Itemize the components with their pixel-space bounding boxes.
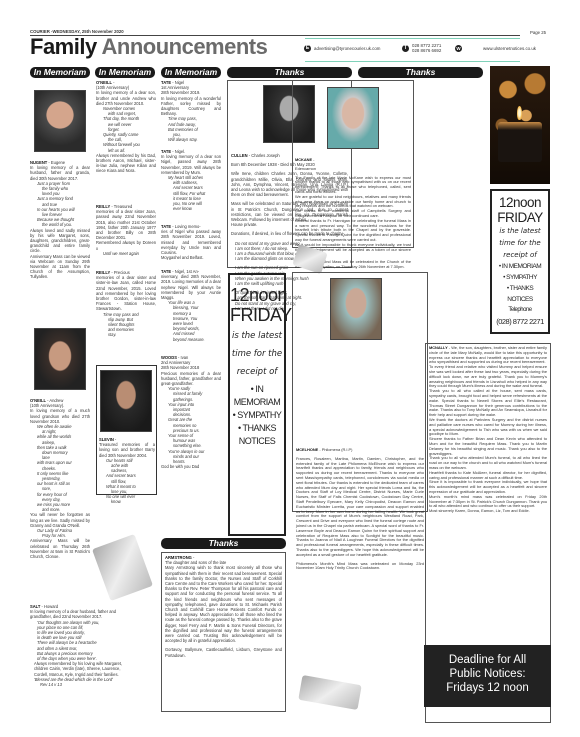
deadline-box-right: 12noon FRIDAY is the latest time for the… xyxy=(490,189,550,334)
notice-oneill-10th: O'NEILL - (10th Anniversary) In loving m… xyxy=(96,80,156,174)
notice-tate-2: TATE - Nigel. In loving memory of a dear… xyxy=(161,149,221,211)
email-icon: E xyxy=(304,45,311,52)
accent-rule-top xyxy=(305,38,520,39)
notice-mcelhone: MCELHONE - Philomena (R.I.P) Frances, Ro… xyxy=(296,448,424,571)
candle-flame-icon xyxy=(517,106,522,120)
phone-2: 028 8676 6692 xyxy=(412,48,441,53)
notice-slevin: SLEVIN - Treasured memories of a loving … xyxy=(99,437,155,505)
candle-body xyxy=(498,122,542,162)
deadline-banner-line-2: Public Notices: xyxy=(424,667,551,681)
bible-illustration-3 xyxy=(298,675,361,710)
notice-tate-1: TATE - Nigel 1st Anniversary 28th Novemb… xyxy=(161,80,221,142)
title-family: Family xyxy=(30,34,97,59)
title-announcements: Announcements xyxy=(102,34,268,59)
accent-rule-bottom xyxy=(305,61,520,62)
notice-nugent: NUGENT - Eugene In loving memory of a de… xyxy=(30,160,90,280)
candle-photo xyxy=(490,66,550,184)
notice-tate-3: TATE - Loving memo- ries of Nigel who pa… xyxy=(161,224,221,260)
section-header-in-memoriam-2: In Memoriam xyxy=(95,67,155,78)
web-contact[interactable]: W www.ulsternetnotices.co.uk xyxy=(455,45,536,52)
email-contact[interactable]: E advertising@tyronecourier.uk.com xyxy=(304,45,380,52)
notice-reilly-1: REILLY - Treasured memories of a dear si… xyxy=(96,204,156,256)
phone-icon: T xyxy=(402,45,409,52)
deadline-banner: Deadline for All Public Notices: Fridays… xyxy=(424,645,551,707)
section-header-thanks-2: Thanks xyxy=(358,67,483,78)
deadline-box-middle: 12noon FRIDAY is the latest time for the… xyxy=(228,273,286,536)
notice-oneill-andrew: O'NEILL - Andrew (10th Anniversary). In … xyxy=(30,398,90,559)
notice-mcnally: MCNALLY - We, the son, daughters, brothe… xyxy=(429,346,547,514)
photo-mcelhone xyxy=(330,278,382,340)
notice-armstrong: ARMSTRONG - The daughter and sons of the… xyxy=(165,555,282,658)
bible-illustration xyxy=(92,534,153,601)
section-header-thanks-1: Thanks xyxy=(227,67,352,78)
photo-oneill-andrew xyxy=(34,328,86,390)
notice-tate-4: TATE - Nigel, 1st An- niversary, died 28… xyxy=(161,269,221,342)
phone-contact: T 028 8772 2271 028 8676 6692 xyxy=(402,43,441,53)
photo-mckane xyxy=(327,87,379,149)
page-number: Page 25 xyxy=(530,30,546,35)
web-icon: W xyxy=(455,45,462,52)
photo-slevin xyxy=(100,370,152,432)
notice-woods: WOODS - Ivan 2nd Anniversary 28th Novemb… xyxy=(161,355,221,469)
section-header-in-memoriam-1: In Memoriam xyxy=(30,67,90,78)
page-title: Family Announcements xyxy=(30,34,267,60)
email-address[interactable]: advertising@tyronecourier.uk.com xyxy=(314,46,380,51)
website-link[interactable]: www.ulsternetnotices.co.uk xyxy=(483,46,536,51)
deadline-banner-line-1: Deadline for All xyxy=(424,653,551,667)
notice-reilly-2: REILLY - Precious memories of a dear sis… xyxy=(96,270,156,338)
section-header-thanks-lower: Thanks xyxy=(161,538,286,549)
photo-nugent xyxy=(34,90,86,152)
notice-salt: SALT - Howard In loving memory of a dear… xyxy=(30,604,130,687)
section-header-in-memoriam-3: In Memoriam xyxy=(161,67,221,78)
deadline-banner-line-3: Fridays 12 noon xyxy=(424,681,551,695)
